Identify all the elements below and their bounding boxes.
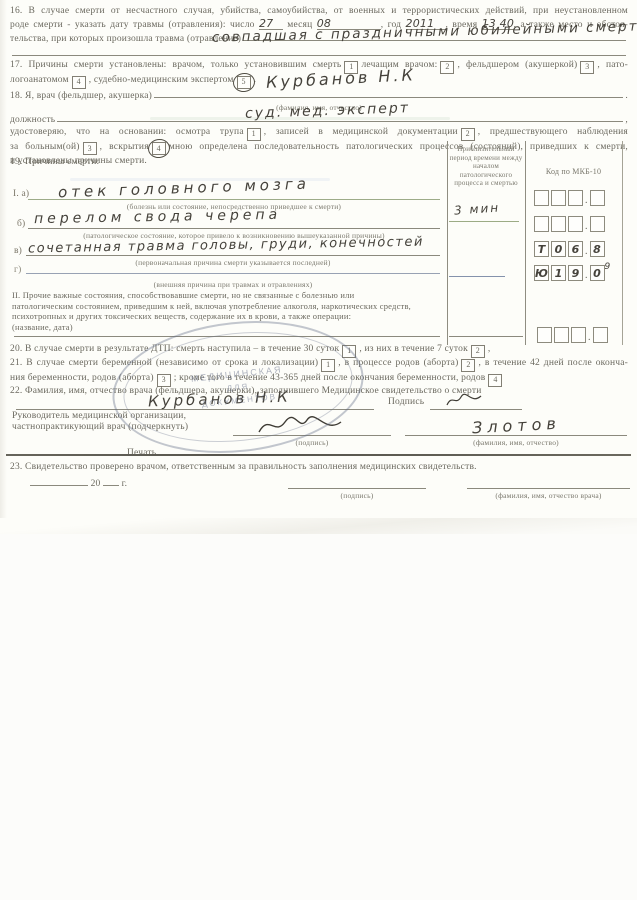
s17-text-5: логоанатомом <box>10 75 69 85</box>
period-column-header: Приблизительный период времени между нач… <box>449 145 523 188</box>
checkbox-forensic-expert: 5 <box>237 76 251 89</box>
s16-line3-text: тельства, при которых произошла травма (… <box>10 33 241 46</box>
mkb-cell-value: 0 <box>555 243 563 256</box>
mkb-cell <box>568 190 583 206</box>
mkb-dot: . <box>585 196 588 206</box>
s19-title: 19. Причины смерти: <box>10 156 99 169</box>
s18-text-2-end: , <box>625 114 628 126</box>
mkb-superscript-digit: 9 <box>605 262 611 272</box>
mkb-dot: . <box>585 222 588 232</box>
mkb-dot: . <box>585 271 588 281</box>
checkbox-autopsy: 4 <box>152 142 166 155</box>
mkb-code-row-v: Т 0 6 . 8 <box>534 241 605 257</box>
table-vline-left <box>447 141 448 345</box>
mkb-dot: . <box>588 333 591 343</box>
s19-ii-line-period-col <box>449 335 523 337</box>
verify-signature-line <box>288 487 426 489</box>
scan-left-shadow <box>0 0 7 524</box>
mkb-cell: 8 <box>590 241 605 257</box>
s23-caption-sign: (подпись) <box>288 491 426 500</box>
mkb-code-row-a: . <box>534 190 605 206</box>
section-18: 18. Я, врач (фельдшер, акушерка). (фамил… <box>10 88 628 167</box>
mkb-cell <box>551 216 566 232</box>
s18-line5: и установлены причины смерти. <box>10 155 628 167</box>
s23-date-line: 20 г. <box>30 474 127 491</box>
mkb-cell: 6 <box>568 241 583 257</box>
mkb-cell-value: Т <box>538 243 546 256</box>
s16-line2-text-a: роде смерти - указать дату травмы (отрав… <box>10 20 255 30</box>
section-separator-line <box>6 454 631 456</box>
cause-b-line <box>28 227 440 229</box>
mkb-cell <box>534 216 549 232</box>
checkbox-body-examination: 1 <box>247 128 261 141</box>
mkb-dot: . <box>585 247 588 257</box>
mkb-cell-value: 6 <box>572 243 580 256</box>
s18-text-4: , записей в медицинской документации <box>264 127 458 137</box>
s21-text-3: , в течение 42 дней после оконча- <box>478 358 628 368</box>
period-underline-2 <box>449 276 505 277</box>
injury-place-field-continued <box>12 46 626 56</box>
table-vline-right <box>622 141 623 345</box>
s23-year-g: г. <box>122 479 128 489</box>
mkb-cell <box>571 327 586 343</box>
filler-signature-stroke <box>444 392 484 408</box>
mkb-cell-value: Ю <box>535 267 548 280</box>
s18-text-1-end: . <box>625 90 628 102</box>
mkb-cell <box>537 327 552 343</box>
s18-text-8: мною определена последовательность патол… <box>169 142 628 152</box>
section-23: 23. Свидетельство проверено врачом, отве… <box>10 461 628 474</box>
s16-line4 <box>10 46 628 59</box>
verify-date-field <box>30 474 88 486</box>
checkbox-during-birth: 2 <box>461 359 475 372</box>
verify-fio-line <box>467 487 630 489</box>
scanned-death-certificate-page: 16. В случае смерти от несчастного случа… <box>0 0 637 900</box>
cause-v-label: в) <box>14 245 22 258</box>
mkb-cell: 1 <box>551 265 566 281</box>
mkb-cell: Ю <box>534 265 549 281</box>
mkb-column-header: Код по МКБ-10 <box>527 167 620 176</box>
s17-text-4: , пато- <box>597 60 628 70</box>
cause-g-line <box>26 272 440 274</box>
mkb-cell <box>590 216 605 232</box>
cause-v-caption: (первоначальная причина смерти указывает… <box>26 258 440 267</box>
checkbox-medical-records: 2 <box>461 128 475 141</box>
s17-text-1: 17. Причины смерти установлены: врачом, … <box>10 60 341 70</box>
cause-a-label: I. а) <box>13 188 29 201</box>
table-vline-middle <box>525 141 526 345</box>
mkb-cell <box>554 327 569 343</box>
checkbox-dtp-7-days: 2 <box>471 345 485 358</box>
s19-ii-line2: патологическим состоянием, приведшим к н… <box>12 301 442 312</box>
mkb-code-row-ii: . <box>537 327 608 343</box>
mkb-cell-value: 9 <box>572 267 580 280</box>
s20-text-2: , из них в течение 7 суток <box>359 344 468 354</box>
s18-text-5: , предшествующего наблюдения <box>478 127 628 137</box>
s23-line1: 23. Свидетельство проверено врачом, отве… <box>10 461 628 474</box>
s23-year-20: 20 <box>91 479 101 489</box>
doctor-name-field <box>154 88 623 98</box>
s18-line3: удостоверяю, что на основании: осмотра т… <box>10 126 628 141</box>
mkb-cell <box>593 327 608 343</box>
s18-text-1: 18. Я, врач (фельдшер, акушерка) <box>10 90 152 102</box>
s17-text-6: , судебно-медицинским экспертом <box>89 75 234 85</box>
mkb-cell <box>590 190 605 206</box>
s17-text-3: , фельдшером (акушеркой) <box>457 60 577 70</box>
mkb-cell-value: 1 <box>555 267 563 280</box>
s22-caption-fio: (фамилия, имя, отчество) <box>405 438 627 447</box>
mkb-code-row-b: . <box>534 216 605 232</box>
mkb-cell: 0 <box>551 241 566 257</box>
s18-text-6: за больным(ой) <box>10 142 80 152</box>
filler-signature-line <box>430 408 522 410</box>
cause-g-caption: (внешняя причина при травмах и отравлени… <box>26 280 440 289</box>
period-underline-1 <box>449 221 519 222</box>
mkb-cell <box>568 216 583 232</box>
cause-b-label: б) <box>17 218 25 231</box>
cause-g-label: г) <box>14 264 21 277</box>
s18-text-3: удостоверяю, что на основании: осмотра т… <box>10 127 244 137</box>
s23-caption-fio: (фамилия, имя, отчество врача) <box>467 491 630 500</box>
mkb-cell-value: 8 <box>593 243 601 256</box>
mkb-cell: 9 <box>568 265 583 281</box>
mkb-cell-value: 0 <box>593 267 601 280</box>
checkbox-feldsher: 3 <box>580 61 594 74</box>
s19-ii-line1: II. Прочие важные состояния, способствов… <box>12 290 442 301</box>
mkb-cell <box>551 190 566 206</box>
checkbox-pathologist: 4 <box>72 76 86 89</box>
mkb-cell <box>534 190 549 206</box>
s18-line4: за больным(ой)3, вскрытия4мною определен… <box>10 141 628 156</box>
mkb-code-row-g: Ю 1 9 . 0 9 <box>534 265 612 281</box>
s22-sign-label: Подпись <box>388 396 424 409</box>
s19-ii-line3: психотропных и других токсических вещест… <box>12 311 442 322</box>
checkbox-attending-doctor: 2 <box>440 61 454 74</box>
s20-text-3: , <box>488 344 491 354</box>
verify-year-field <box>103 474 119 486</box>
s18-text-7: , вскрытия <box>100 142 149 152</box>
s18-text-2: должность <box>10 114 55 126</box>
s18-line1: 18. Я, врач (фельдшер, акушерка). <box>10 88 628 102</box>
scan-page-bottom-edge <box>0 518 637 534</box>
mkb-cell: 0 <box>590 265 605 281</box>
checkbox-patient-observation: 3 <box>83 142 97 155</box>
mkb-cell: Т <box>534 241 549 257</box>
